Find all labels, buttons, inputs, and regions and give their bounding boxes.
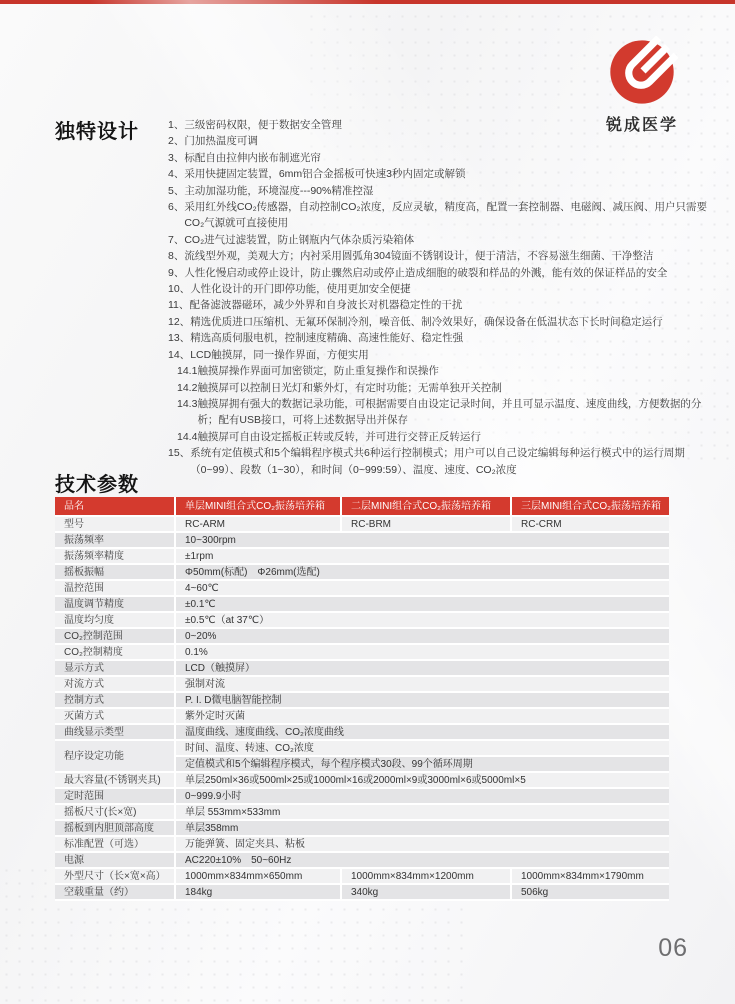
spec-value: 紫外定时灭菌 bbox=[175, 708, 669, 724]
design-item-4: 4、采用快捷固定装置，6mm铝合金摇板可快速3秒内固定或解锁 bbox=[168, 166, 707, 182]
spec-label: 摇板尺寸(长×宽) bbox=[55, 804, 175, 820]
item-number: 12、 bbox=[168, 314, 190, 330]
spec-row-model: 型号 RC-ARM RC-BRM RC-CRM bbox=[55, 516, 669, 532]
spec-value: AC220±10% 50~60Hz bbox=[175, 852, 669, 868]
spec-value: 10~300rpm bbox=[175, 532, 669, 548]
design-item-2: 2、门加热温度可调 bbox=[168, 133, 707, 149]
specs-table-wrap: 品名 单层MINI组合式CO₂振荡培养箱 二层MINI组合式CO₂振荡培养箱 三… bbox=[55, 497, 669, 901]
spec-label: 外型尺寸（长×宽×高） bbox=[55, 868, 175, 884]
spec-value: 单层 553mm×533mm bbox=[175, 804, 669, 820]
item-text: CO₂进气过滤装置，防止钢瓶内气体杂质污染箱体 bbox=[184, 232, 707, 248]
spec-label: 振荡频率精度 bbox=[55, 548, 175, 564]
spec-label: CO₂控制范围 bbox=[55, 628, 175, 644]
spec-value: 184kg bbox=[175, 884, 341, 900]
item-number: 10、 bbox=[168, 281, 190, 297]
spec-label: 曲线显示类型 bbox=[55, 724, 175, 740]
spec-row-plate-size: 摇板尺寸(长×宽)单层 553mm×533mm bbox=[55, 804, 669, 820]
item-number: 14.1 bbox=[177, 363, 197, 379]
item-number: 14.4 bbox=[177, 429, 197, 445]
spec-label: 程序设定功能 bbox=[55, 740, 175, 772]
spec-row-shake-freq: 振荡频率10~300rpm bbox=[55, 532, 669, 548]
item-text: 触摸屏可以控制日光灯和紫外灯，有定时功能；无需单独开关控制 bbox=[197, 380, 707, 396]
spec-value: RC-CRM bbox=[511, 516, 669, 532]
col-header-single-layer: 单层MINI组合式CO₂振荡培养箱 bbox=[175, 497, 341, 516]
spec-value: P. I. D微电脑智能控制 bbox=[175, 692, 669, 708]
spec-label: 温度调节精度 bbox=[55, 596, 175, 612]
spec-row-power: 电源AC220±10% 50~60Hz bbox=[55, 852, 669, 868]
spec-row-co2-range: CO₂控制范围0~20% bbox=[55, 628, 669, 644]
item-number: 11、 bbox=[168, 297, 189, 313]
item-text: 触摸屏可自由设定摇板正转或反转，并可进行交替正反转运行 bbox=[197, 429, 707, 445]
item-number: 9、 bbox=[168, 265, 184, 281]
page-number: 06 bbox=[658, 934, 688, 963]
spec-row-temp-uniformity: 温度均匀度±0.5℃（at 37℃） bbox=[55, 612, 669, 628]
spec-label: 最大容量(不锈钢夹具) bbox=[55, 772, 175, 788]
spec-row-shake-accuracy: 振荡频率精度±1rpm bbox=[55, 548, 669, 564]
design-item-11: 11、配备滤波器磁环，减少外界和自身波长对机器稳定性的干扰 bbox=[168, 297, 707, 313]
spec-label: 型号 bbox=[55, 516, 175, 532]
spec-value: 340kg bbox=[341, 884, 511, 900]
spec-row-sterilization: 灭菌方式紫外定时灭菌 bbox=[55, 708, 669, 724]
col-header-triple-layer: 三层MINI组合式CO₂振荡培养箱 bbox=[511, 497, 669, 516]
spec-row-weight: 空载重量（约） 184kg 340kg 506kg bbox=[55, 884, 669, 900]
spec-value: ±0.5℃（at 37℃） bbox=[175, 612, 669, 628]
item-text: 触摸屏操作界面可加密锁定，防止重复操作和误操作 bbox=[197, 363, 707, 379]
item-text: 标配自由拉伸内嵌布制遮光帘 bbox=[184, 150, 707, 166]
spec-value: 万能弹簧、固定夹具、粘板 bbox=[175, 836, 669, 852]
item-text: 触摸屏拥有强大的数据记录功能，可根据需要自由设定记录时间，并且可显示温度、速度曲… bbox=[197, 396, 707, 429]
item-text: 精选优质进口压缩机、无氟环保制冷剂，噪音低、制冷效果好，确保设备在低温状态下长时… bbox=[190, 314, 707, 330]
spec-value: RC-BRM bbox=[341, 516, 511, 532]
item-number: 15、 bbox=[168, 445, 190, 478]
item-number: 5、 bbox=[168, 183, 184, 199]
spec-row-standard-config: 标准配置（可选）万能弹簧、固定夹具、粘板 bbox=[55, 836, 669, 852]
spec-row-curve-display: 曲线显示类型温度曲线、速度曲线、CO₂浓度曲线 bbox=[55, 724, 669, 740]
item-number: 14、 bbox=[168, 347, 190, 363]
spec-value: 单层250ml×36或500ml×25或1000ml×16或2000ml×9或3… bbox=[175, 772, 669, 788]
spec-value: 温度曲线、速度曲线、CO₂浓度曲线 bbox=[175, 724, 669, 740]
item-text: 系统有定值模式和5个编辑程序模式共6种运行控制模式；用户可以自己设定编辑每种运行… bbox=[190, 445, 707, 478]
item-number: 2、 bbox=[168, 133, 184, 149]
spec-label: 温控范围 bbox=[55, 580, 175, 596]
design-item-5: 5、主动加湿功能，环境湿度---90%精准控湿 bbox=[168, 183, 707, 199]
spec-value: 1000mm×834mm×1200mm bbox=[341, 868, 511, 884]
design-feature-list: 1、三级密码权限，便于数据安全管理 2、门加热温度可调 3、标配自由拉伸内嵌布制… bbox=[168, 114, 707, 478]
spec-row-amplitude: 摇板振幅Φ50mm(标配) Φ26mm(选配) bbox=[55, 564, 669, 580]
spec-value: 1000mm×834mm×1790mm bbox=[511, 868, 669, 884]
spec-label: 空载重量（约） bbox=[55, 884, 175, 900]
spec-label: 温度均匀度 bbox=[55, 612, 175, 628]
spec-row-control: 控制方式P. I. D微电脑智能控制 bbox=[55, 692, 669, 708]
spec-label: CO₂控制精度 bbox=[55, 644, 175, 660]
item-text: 精选高质伺服电机，控制速度精确、高速性能好、稳定性强 bbox=[190, 330, 707, 346]
spec-row-display: 显示方式LCD（触摸屏） bbox=[55, 660, 669, 676]
design-item-14-3: 14.3触摸屏拥有强大的数据记录功能，可根据需要自由设定记录时间，并且可显示温度… bbox=[168, 396, 707, 429]
spec-row-co2-accuracy: CO₂控制精度0.1% bbox=[55, 644, 669, 660]
item-text: 配备滤波器磁环，减少外界和自身波长对机器稳定性的干扰 bbox=[189, 297, 707, 313]
spec-value: 1000mm×834mm×650mm bbox=[175, 868, 341, 884]
spec-value: 定值模式和5个编辑程序模式，每个程序模式30段、99个循环周期 bbox=[175, 756, 669, 772]
spec-label: 振荡频率 bbox=[55, 532, 175, 548]
spec-label: 对流方式 bbox=[55, 676, 175, 692]
spec-value: RC-ARM bbox=[175, 516, 341, 532]
design-item-13: 13、精选高质伺服电机，控制速度精确、高速性能好、稳定性强 bbox=[168, 330, 707, 346]
spec-value: 0~999.9小时 bbox=[175, 788, 669, 804]
item-number: 4、 bbox=[168, 166, 184, 182]
top-accent-bar bbox=[0, 0, 735, 4]
design-item-14-4: 14.4触摸屏可自由设定摇板正转或反转，并可进行交替正反转运行 bbox=[168, 429, 707, 445]
design-item-8: 8、流线型外观，美观大方；内衬采用圆弧角304镜面不锈钢设计，便于清洁，不容易滋… bbox=[168, 248, 707, 264]
item-number: 1、 bbox=[168, 117, 184, 133]
design-item-9: 9、人性化慢启动或停止设计，防止骤然启动或停止造成细胞的破裂和样品的外溅，能有效… bbox=[168, 265, 707, 281]
design-section-title: 独特设计 bbox=[55, 114, 168, 478]
spec-value: 强制对流 bbox=[175, 676, 669, 692]
design-item-14-1: 14.1触摸屏操作界面可加密锁定，防止重复操作和误操作 bbox=[168, 363, 707, 379]
spec-label: 摇板到内胆顶部高度 bbox=[55, 820, 175, 836]
spec-value: 0~20% bbox=[175, 628, 669, 644]
spec-label: 定时范围 bbox=[55, 788, 175, 804]
design-item-12: 12、精选优质进口压缩机、无氟环保制冷剂，噪音低、制冷效果好，确保设备在低温状态… bbox=[168, 314, 707, 330]
item-text: 门加热温度可调 bbox=[184, 133, 707, 149]
design-item-1: 1、三级密码权限，便于数据安全管理 bbox=[168, 117, 707, 133]
item-number: 7、 bbox=[168, 232, 184, 248]
item-text: 采用红外线CO₂传感器，自动控制CO₂浓度，反应灵敏，精度高，配置一套控制器、电… bbox=[184, 199, 707, 232]
item-number: 13、 bbox=[168, 330, 190, 346]
spec-row-program-1: 程序设定功能 时间、温度、转速、CO₂浓度 bbox=[55, 740, 669, 756]
design-item-7: 7、CO₂进气过滤装置，防止钢瓶内气体杂质污染箱体 bbox=[168, 232, 707, 248]
spec-value: ±1rpm bbox=[175, 548, 669, 564]
spec-value: ±0.1℃ bbox=[175, 596, 669, 612]
item-text: 流线型外观，美观大方；内衬采用圆弧角304镜面不锈钢设计，便于清洁，不容易滋生细… bbox=[184, 248, 707, 264]
design-item-14-2: 14.2触摸屏可以控制日光灯和紫外灯，有定时功能；无需单独开关控制 bbox=[168, 380, 707, 396]
spec-row-convection: 对流方式强制对流 bbox=[55, 676, 669, 692]
design-section: 独特设计 1、三级密码权限，便于数据安全管理 2、门加热温度可调 3、标配自由拉… bbox=[55, 114, 707, 478]
item-text: 主动加湿功能，环境湿度---90%精准控湿 bbox=[184, 183, 707, 199]
design-item-3: 3、标配自由拉伸内嵌布制遮光帘 bbox=[168, 150, 707, 166]
brand-logo-icon bbox=[606, 36, 678, 108]
spec-label: 标准配置（可选） bbox=[55, 836, 175, 852]
item-text: 三级密码权限，便于数据安全管理 bbox=[184, 117, 707, 133]
item-text: LCD触摸屏，同一操作界面，方便实用 bbox=[190, 347, 707, 363]
spec-row-plate-height: 摇板到内胆顶部高度单层358mm bbox=[55, 820, 669, 836]
spec-value: 506kg bbox=[511, 884, 669, 900]
spec-row-max-capacity: 最大容量(不锈钢夹具)单层250ml×36或500ml×25或1000ml×16… bbox=[55, 772, 669, 788]
spec-value: 4~60℃ bbox=[175, 580, 669, 596]
spec-row-dimensions: 外型尺寸（长×宽×高） 1000mm×834mm×650mm 1000mm×83… bbox=[55, 868, 669, 884]
item-number: 8、 bbox=[168, 248, 184, 264]
spec-row-temp-adjust: 温度调节精度±0.1℃ bbox=[55, 596, 669, 612]
item-number: 14.2 bbox=[177, 380, 197, 396]
specs-table: 品名 单层MINI组合式CO₂振荡培养箱 二层MINI组合式CO₂振荡培养箱 三… bbox=[55, 497, 669, 901]
design-item-15: 15、系统有定值模式和5个编辑程序模式共6种运行控制模式；用户可以自己设定编辑每… bbox=[168, 445, 707, 478]
item-number: 3、 bbox=[168, 150, 184, 166]
spec-value: Φ50mm(标配) Φ26mm(选配) bbox=[175, 564, 669, 580]
item-text: 采用快捷固定装置，6mm铝合金摇板可快速3秒内固定或解锁 bbox=[184, 166, 707, 182]
design-item-14: 14、LCD触摸屏，同一操作界面，方便实用 bbox=[168, 347, 707, 363]
item-text: 人性化设计的开门即停功能，使用更加安全便捷 bbox=[190, 281, 707, 297]
col-header-double-layer: 二层MINI组合式CO₂振荡培养箱 bbox=[341, 497, 511, 516]
design-item-6: 6、采用红外线CO₂传感器，自动控制CO₂浓度，反应灵敏，精度高，配置一套控制器… bbox=[168, 199, 707, 232]
spec-row-temp-range: 温控范围4~60℃ bbox=[55, 580, 669, 596]
spec-value: 0.1% bbox=[175, 644, 669, 660]
item-number: 6、 bbox=[168, 199, 184, 232]
design-item-10: 10、人性化设计的开门即停功能，使用更加安全便捷 bbox=[168, 281, 707, 297]
spec-value: LCD（触摸屏） bbox=[175, 660, 669, 676]
spec-label: 控制方式 bbox=[55, 692, 175, 708]
item-text: 人性化慢启动或停止设计，防止骤然启动或停止造成细胞的破裂和样品的外溅，能有效的保… bbox=[184, 265, 707, 281]
spec-value: 单层358mm bbox=[175, 820, 669, 836]
spec-row-timer-range: 定时范围0~999.9小时 bbox=[55, 788, 669, 804]
specs-header-row: 品名 单层MINI组合式CO₂振荡培养箱 二层MINI组合式CO₂振荡培养箱 三… bbox=[55, 497, 669, 516]
spec-label: 显示方式 bbox=[55, 660, 175, 676]
spec-label: 摇板振幅 bbox=[55, 564, 175, 580]
specs-section-title: 技术参数 bbox=[55, 468, 139, 497]
spec-label: 灭菌方式 bbox=[55, 708, 175, 724]
page: { "colors": { "accent_red": "#d23a2e", "… bbox=[0, 0, 735, 1004]
col-header-product-name: 品名 bbox=[55, 497, 175, 516]
spec-label: 电源 bbox=[55, 852, 175, 868]
spec-value: 时间、温度、转速、CO₂浓度 bbox=[175, 740, 669, 756]
item-number: 14.3 bbox=[177, 396, 197, 429]
